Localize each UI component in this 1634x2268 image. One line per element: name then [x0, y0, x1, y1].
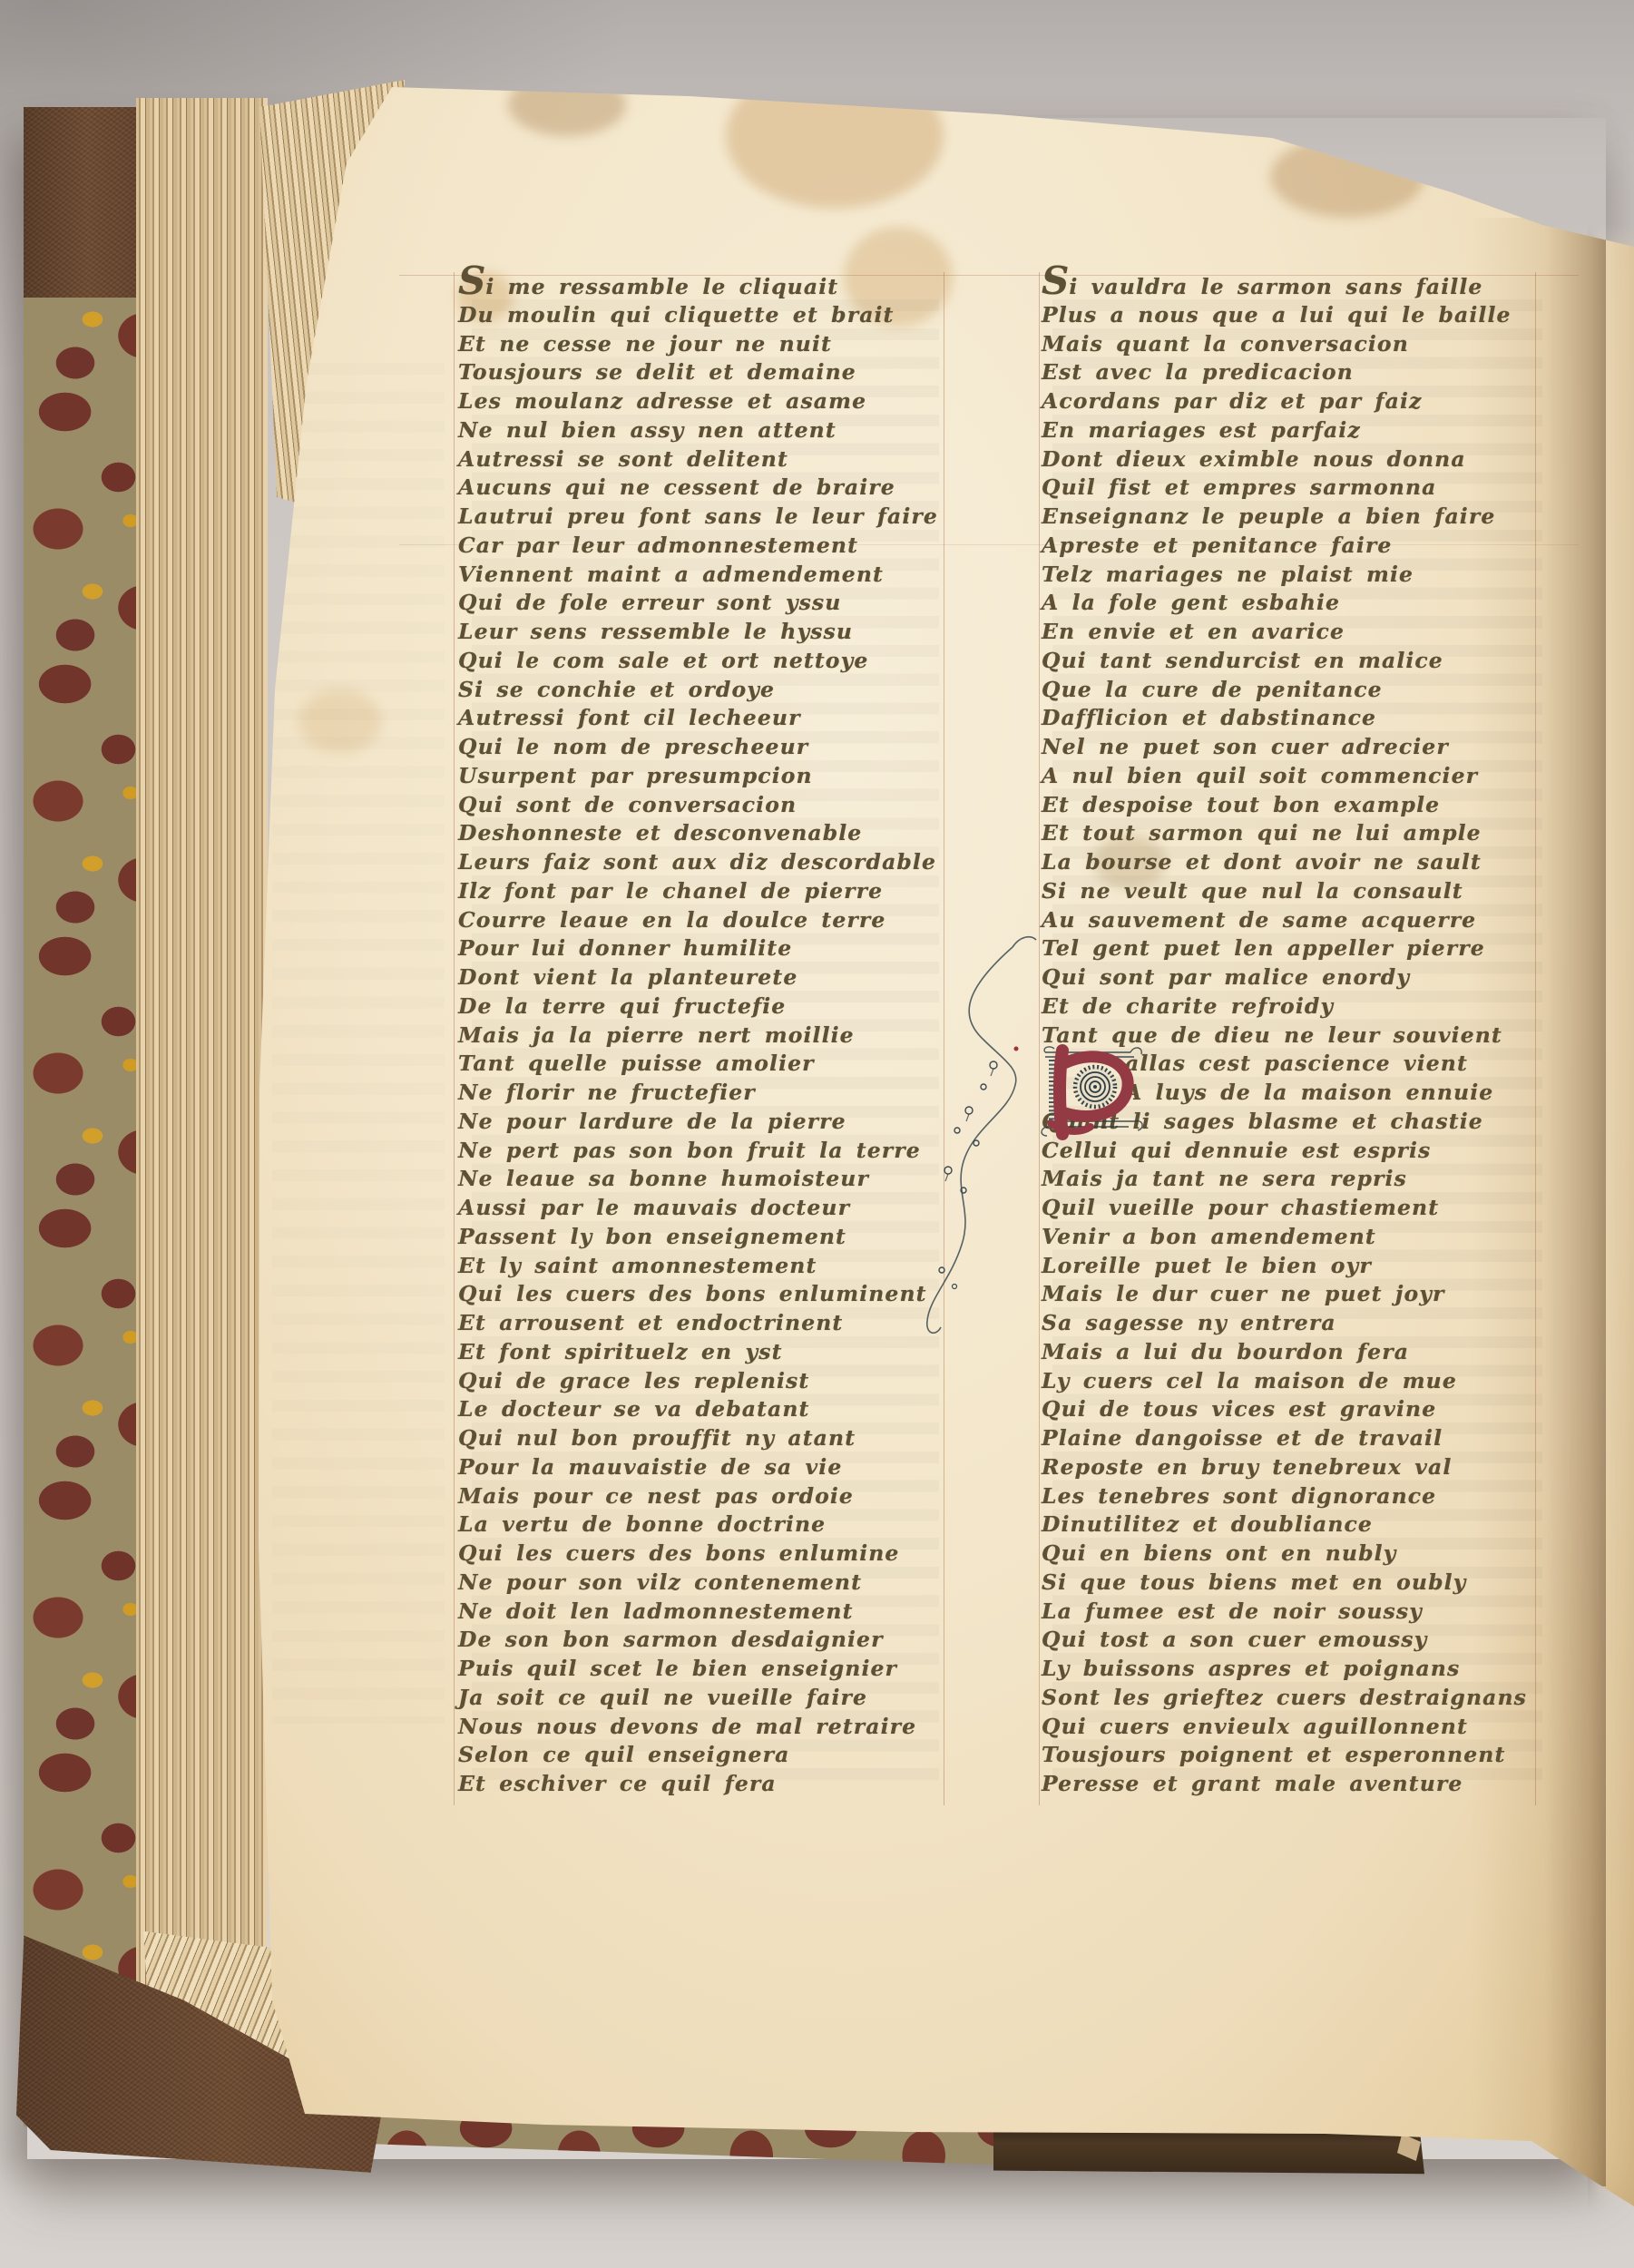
left-cover-marbled-edge: [24, 107, 140, 2126]
manuscript-line: Et de charite refroidy: [1042, 992, 1539, 1022]
manuscript-line: Qui le com sale et ort nettoye: [458, 647, 948, 676]
manuscript-line: Tousjours se delit et demaine: [458, 358, 948, 387]
text-column-right: Si vauldra le sarmon sans faillePlus a n…: [1042, 272, 1539, 1799]
manuscript-line: La vertu de bonne doctrine: [458, 1510, 948, 1540]
manuscript-line: La fumee est de noir soussy: [1042, 1598, 1539, 1627]
manuscript-line: Mais quant la conversacion: [1042, 330, 1539, 359]
manuscript-line: Ne pour lardure de la pierre: [458, 1108, 948, 1137]
manuscript-line: Quil fist et empres sarmonna: [1042, 474, 1539, 503]
manuscript-line: Plus a nous que a lui qui le baille: [1042, 301, 1539, 330]
manuscript-line: Qui tost a son cuer emoussy: [1042, 1626, 1539, 1655]
manuscript-line: Aussi par le mauvais docteur: [458, 1194, 948, 1223]
manuscript-line: Apreste et penitance faire: [1042, 532, 1539, 561]
manuscript-line: Ilz font par le chanel de pierre: [458, 877, 948, 906]
manuscript-line: Qui sont par malice enordy: [1042, 963, 1539, 992]
manuscript-line: Tousjours poignent et esperonnent: [1042, 1741, 1539, 1770]
manuscript-line: Si vauldra le sarmon sans faille: [1042, 272, 1539, 301]
manuscript-line: Ja soit ce quil ne vueille faire: [458, 1684, 948, 1713]
manuscript-line: Les moulanz adresse et asame: [458, 387, 948, 416]
manuscript-line: Tant quelle puisse amolier: [458, 1050, 948, 1079]
manuscript-line: Qui le nom de prescheeur: [458, 733, 948, 762]
manuscript-line: Leur sens ressemble le hyssu: [458, 618, 948, 647]
manuscript-line: Tel gent puet len appeller pierre: [1042, 934, 1539, 963]
manuscript-line: Si ne veult que nul la consault: [1042, 877, 1539, 906]
manuscript-line: Ne pert pas son bon fruit la terre: [458, 1137, 948, 1166]
manuscript-line: Car par leur admonnestement: [458, 532, 948, 561]
manuscript-line: Ne doit len ladmonnestement: [458, 1598, 948, 1627]
manuscript-line: Telz mariages ne plaist mie: [1042, 561, 1539, 590]
manuscript-line: Pour lui donner humilite: [458, 934, 948, 963]
manuscript-line: Le docteur se va debatant: [458, 1395, 948, 1424]
manuscript-line: A la fole gent esbahie: [1042, 589, 1539, 618]
manuscript-line: Autressi font cil lecheeur: [458, 704, 948, 733]
manuscript-line: Quil vueille pour chastiement: [1042, 1194, 1539, 1223]
manuscript-line: La bourse et dont avoir ne sault: [1042, 848, 1539, 877]
manuscript-line: Pour la mauvaistie de sa vie: [458, 1453, 948, 1482]
manuscript-line: Lautrui preu font sans le leur faire: [458, 503, 948, 532]
manuscript-line: Peresse et grant male aventure: [1042, 1770, 1539, 1799]
manuscript-line: Si se conchie et ordoye: [458, 676, 948, 705]
text-column-left: Si me ressamble le cliquaitDu moulin qui…: [458, 272, 948, 1799]
manuscript-line: Si me ressamble le cliquait: [458, 272, 948, 301]
manuscript-line: Passent ly bon enseignement: [458, 1223, 948, 1252]
manuscript-line: Qui de tous vices est gravine: [1042, 1395, 1539, 1424]
manuscript-line: Mais ja la pierre nert moillie: [458, 1022, 948, 1051]
initial-margin-flourish: [905, 933, 1060, 1359]
manuscript-line: Ly cuers cel la maison de mue: [1042, 1367, 1539, 1396]
manuscript-line: Aucuns qui ne cessent de braire: [458, 474, 948, 503]
manuscript-line: Ne nul bien assy nen attent: [458, 416, 948, 445]
manuscript-line: Du moulin qui cliquette et brait: [458, 301, 948, 330]
manuscript-line: Plaine dangoisse et de travail: [1042, 1424, 1539, 1453]
manuscript-line: Qui de fole erreur sont yssu: [458, 589, 948, 618]
manuscript-line: Courre leaue en la doulce terre: [458, 906, 948, 935]
manuscript-line: Acordans par diz et par faiz: [1042, 387, 1539, 416]
manuscript-line: Et tout sarmon qui ne lui ample: [1042, 819, 1539, 848]
manuscript-line: Leurs faiz sont aux diz descordable: [458, 848, 948, 877]
manuscript-line: Et ly saint amonnestement: [458, 1252, 948, 1281]
manuscript-line: Sa sagesse ny entrera: [1042, 1309, 1539, 1338]
manuscript-line: Ne pour son vilz contenement: [458, 1569, 948, 1598]
manuscript-line: Qui les cuers des bons enlumine: [458, 1540, 948, 1569]
manuscript-line: Dont dieux eximble nous donna: [1042, 445, 1539, 474]
manuscript-line: Enseignanz le peuple a bien faire: [1042, 503, 1539, 532]
manuscript-line: Et despoise tout bon example: [1042, 791, 1539, 820]
manuscript-line: Usurpent par presumpcion: [458, 762, 948, 791]
manuscript-line: A nul bien quil soit commencier: [1042, 762, 1539, 791]
flourish-artwork: [905, 933, 1060, 1359]
manuscript-line: Puis quil scet le bien enseignier: [458, 1655, 948, 1684]
manuscript-line: Viennent maint a admendement: [458, 561, 948, 590]
manuscript-line: Nel ne puet son cuer adrecier: [1042, 733, 1539, 762]
manuscript-line: Si que tous biens met en oubly: [1042, 1569, 1539, 1598]
manuscript-line: Et ne cesse ne jour ne nuit: [458, 330, 948, 359]
manuscript-line: En envie et en avarice: [1042, 618, 1539, 647]
manuscript-line: Deshonneste et desconvenable: [458, 819, 948, 848]
ruling-line: [454, 272, 455, 1805]
manuscript-line: Qui cuers envieulx aguillonnent: [1042, 1713, 1539, 1742]
manuscript-line: Mais le dur cuer ne puet joyr: [1042, 1280, 1539, 1309]
manuscript-line: En mariages est parfaiz: [1042, 416, 1539, 445]
page-stack-fore-edge: [136, 98, 268, 2058]
manuscript-line: Dafflicion et dabstinance: [1042, 704, 1539, 733]
manuscript-line: Ly buissons aspres et poignans: [1042, 1655, 1539, 1684]
manuscript-line: Dont vient la planteurete: [458, 963, 948, 992]
manuscript-line: Mais a lui du bourdon fera: [1042, 1338, 1539, 1367]
manuscript-line: Ne leaue sa bonne humoisteur: [458, 1165, 948, 1194]
manuscript-line: Qui nul bon prouffit ny atant: [458, 1424, 948, 1453]
manuscript-line: Et font spirituelz en yst: [458, 1338, 948, 1367]
manuscript-line: Qui de grace les replenist: [458, 1367, 948, 1396]
manuscript-line: Reposte en bruy tenebreux val: [1042, 1453, 1539, 1482]
manuscript-line: Qui en biens ont en nubly: [1042, 1540, 1539, 1569]
manuscript-line: Mais pour ce nest pas ordoie: [458, 1482, 948, 1511]
manuscript-line: Qui sont de conversacion: [458, 791, 948, 820]
manuscript-line: Venir a bon amendement: [1042, 1223, 1539, 1252]
manuscript-line: De la terre qui fructefie: [458, 992, 948, 1022]
text-showthrough: [272, 363, 445, 1724]
manuscript-line: Mais ja tant ne sera repris: [1042, 1165, 1539, 1194]
manuscript-line: Que la cure de penitance: [1042, 676, 1539, 705]
manuscript-line: Nous nous devons de mal retraire: [458, 1713, 948, 1742]
manuscript-line: Qui tant sendurcist en malice: [1042, 647, 1539, 676]
leather-corner-top-left: [24, 107, 140, 298]
manuscript-line: Qui les cuers des bons enluminent: [458, 1280, 948, 1309]
manuscript-line: Selon ce quil enseignera: [458, 1741, 948, 1770]
manuscript-line: De son bon sarmon desdaignier: [458, 1626, 948, 1655]
manuscript-line: Et eschiver ce quil fera: [458, 1770, 948, 1799]
manuscript-line: Les tenebres sont dignorance: [1042, 1482, 1539, 1511]
manuscript-line: Sont les grieftez cuers destraignans: [1042, 1684, 1539, 1713]
manuscript-line: Est avec la predicacion: [1042, 358, 1539, 387]
manuscript-line: Dinutilitez et doubliance: [1042, 1510, 1539, 1540]
manuscript-line: Et arrousent et endoctrinent: [458, 1309, 948, 1338]
manuscript-line: Au sauvement de same acquerre: [1042, 906, 1539, 935]
manuscript-line: Ne florir ne fructefier: [458, 1079, 948, 1108]
manuscript-line: Autressi se sont delitent: [458, 445, 948, 474]
manuscript-line: Loreille puet le bien oyr: [1042, 1252, 1539, 1281]
